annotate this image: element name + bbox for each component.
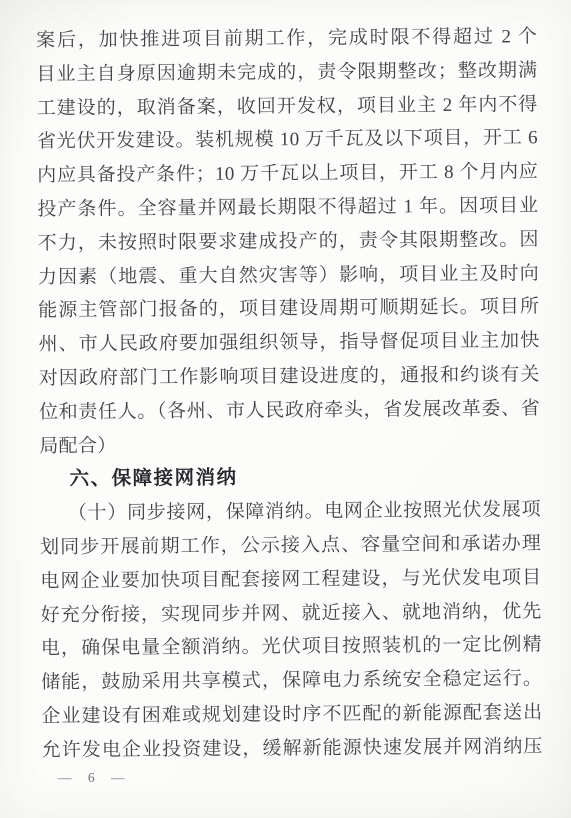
body-line: 投产条件。全容量并网最长期限不得超过 1 年。因项目业主推进 <box>37 189 538 227</box>
body-line: 力因素（地震、重大自然灾害等）影响，项目业主及时向州、市 <box>38 257 539 295</box>
body-line-paragraph-end: 局配合） <box>39 426 540 464</box>
body-line: 好充分衔接，实现同步并网、就近接入、就地消纳，优先安排发 <box>41 595 542 633</box>
body-line-paragraph-start: （十）同步接网，保障消纳。电网企业按照光伏发展项目规 <box>40 493 541 531</box>
body-line: 划同步开展前期工作，公示接入点、容量空间和承诺办理时限。 <box>40 527 541 565</box>
section-heading: 六、保障接网消纳 <box>39 460 540 498</box>
body-line: 目业主自身原因逾期未完成的，责令限期整改；整改期满仍未开 <box>36 54 537 92</box>
document-body: 案后，加快推进项目前期工作，完成时限不得超过 2 个月，因项 目业主自身原因逾期… <box>36 20 543 767</box>
body-line: 电，确保电量全额消纳。光伏项目按照装机的一定比例精准配置 <box>41 629 542 667</box>
body-line: 企业建设有困难或规划建设时序不匹配的新能源配套送出工程， <box>41 696 542 734</box>
body-line: 案后，加快推进项目前期工作，完成时限不得超过 2 个月，因项 <box>36 20 537 58</box>
body-line: 位和责任人。（各州、市人民政府牵头，省发展改革委、省能源 <box>39 392 540 430</box>
body-line: 内应具备投产条件；10 万千瓦以上项目，开工 8 个月内应具备 <box>37 155 538 193</box>
document-page: 案后，加快推进项目前期工作，完成时限不得超过 2 个月，因项 目业主自身原因逾期… <box>0 0 571 818</box>
body-line: 省光伏开发建设。装机规模 10 万千瓦及以下项目，开工 6 个月 <box>37 122 538 160</box>
body-line: 州、市人民政府要加强组织领导，指导督促项目业主加快推进， <box>38 324 539 362</box>
body-line: 能源主管部门报备的，项目建设周期可顺期延长。项目所在地 <box>38 291 539 329</box>
body-line: 不力，未按照时限要求建成投产的，责令其限期整改。因不可抗 <box>38 223 539 261</box>
body-line: 允许发电企业投资建设，缓解新能源快速发展并网消纳压力。发 <box>42 730 543 768</box>
body-line: 储能，鼓励采用共享模式，保障电力系统安全稳定运行。对电网 <box>41 662 542 700</box>
body-line: 电网企业要加快项目配套接网工程建设，与光伏发电项目建设做 <box>40 561 541 599</box>
body-line: 工建设的，取消备案，收回开发权，项目业主 2 年内不得参与我 <box>37 88 538 126</box>
page-number: — 6 — <box>58 770 127 786</box>
body-line: 对因政府部门工作影响项目建设进度的，通报和约谈有关责任单 <box>39 358 540 396</box>
